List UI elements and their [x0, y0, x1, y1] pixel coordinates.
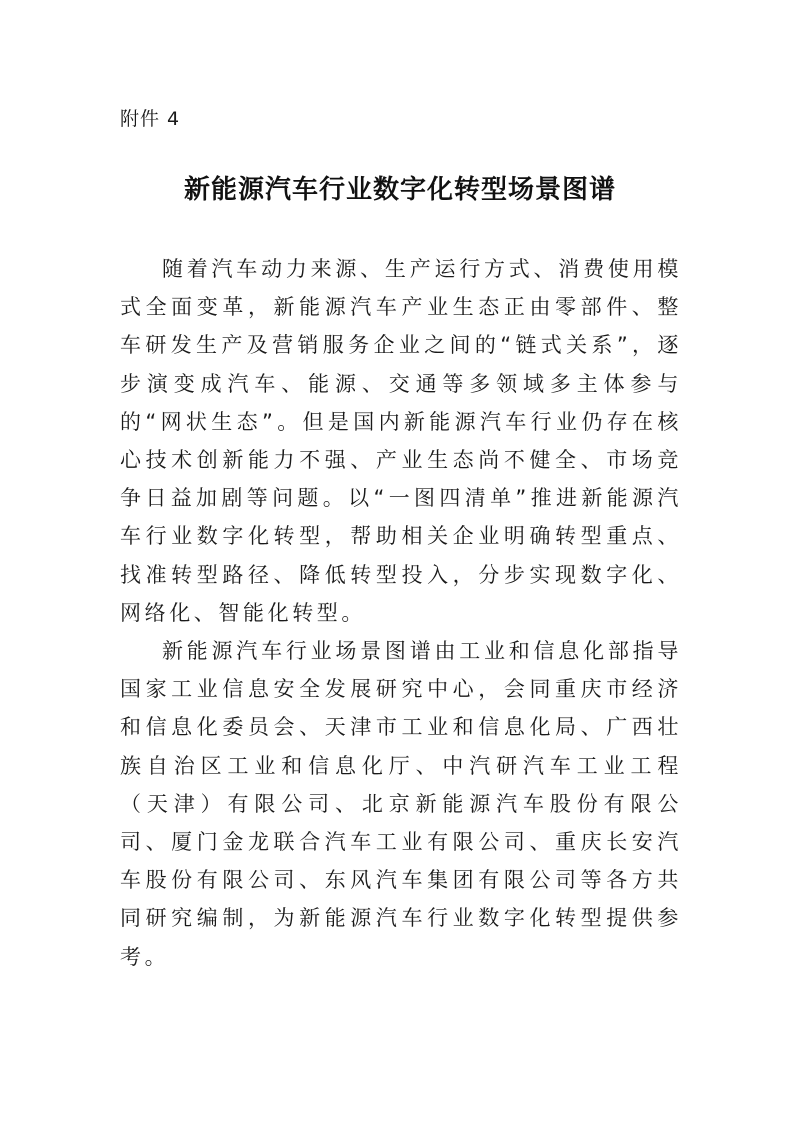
document-title: 新能源汽车行业数字化转型场景图谱 — [0, 172, 800, 208]
attachment-label: 附件 4 — [120, 106, 180, 132]
paragraph-authors: 新能源汽车行业场景图谱由工业和信息化部指导国家工业信息安全发展研究中心，会同重庆… — [120, 632, 682, 976]
paragraph-intro: 随着汽车动力来源、生产运行方式、消费使用模式全面变革，新能源汽车产业生态正由零部… — [120, 250, 682, 632]
document-page: 附件 4 新能源汽车行业数字化转型场景图谱 随着汽车动力来源、生产运行方式、消费… — [0, 0, 800, 1131]
document-body: 随着汽车动力来源、生产运行方式、消费使用模式全面变革，新能源汽车产业生态正由零部… — [120, 250, 682, 976]
